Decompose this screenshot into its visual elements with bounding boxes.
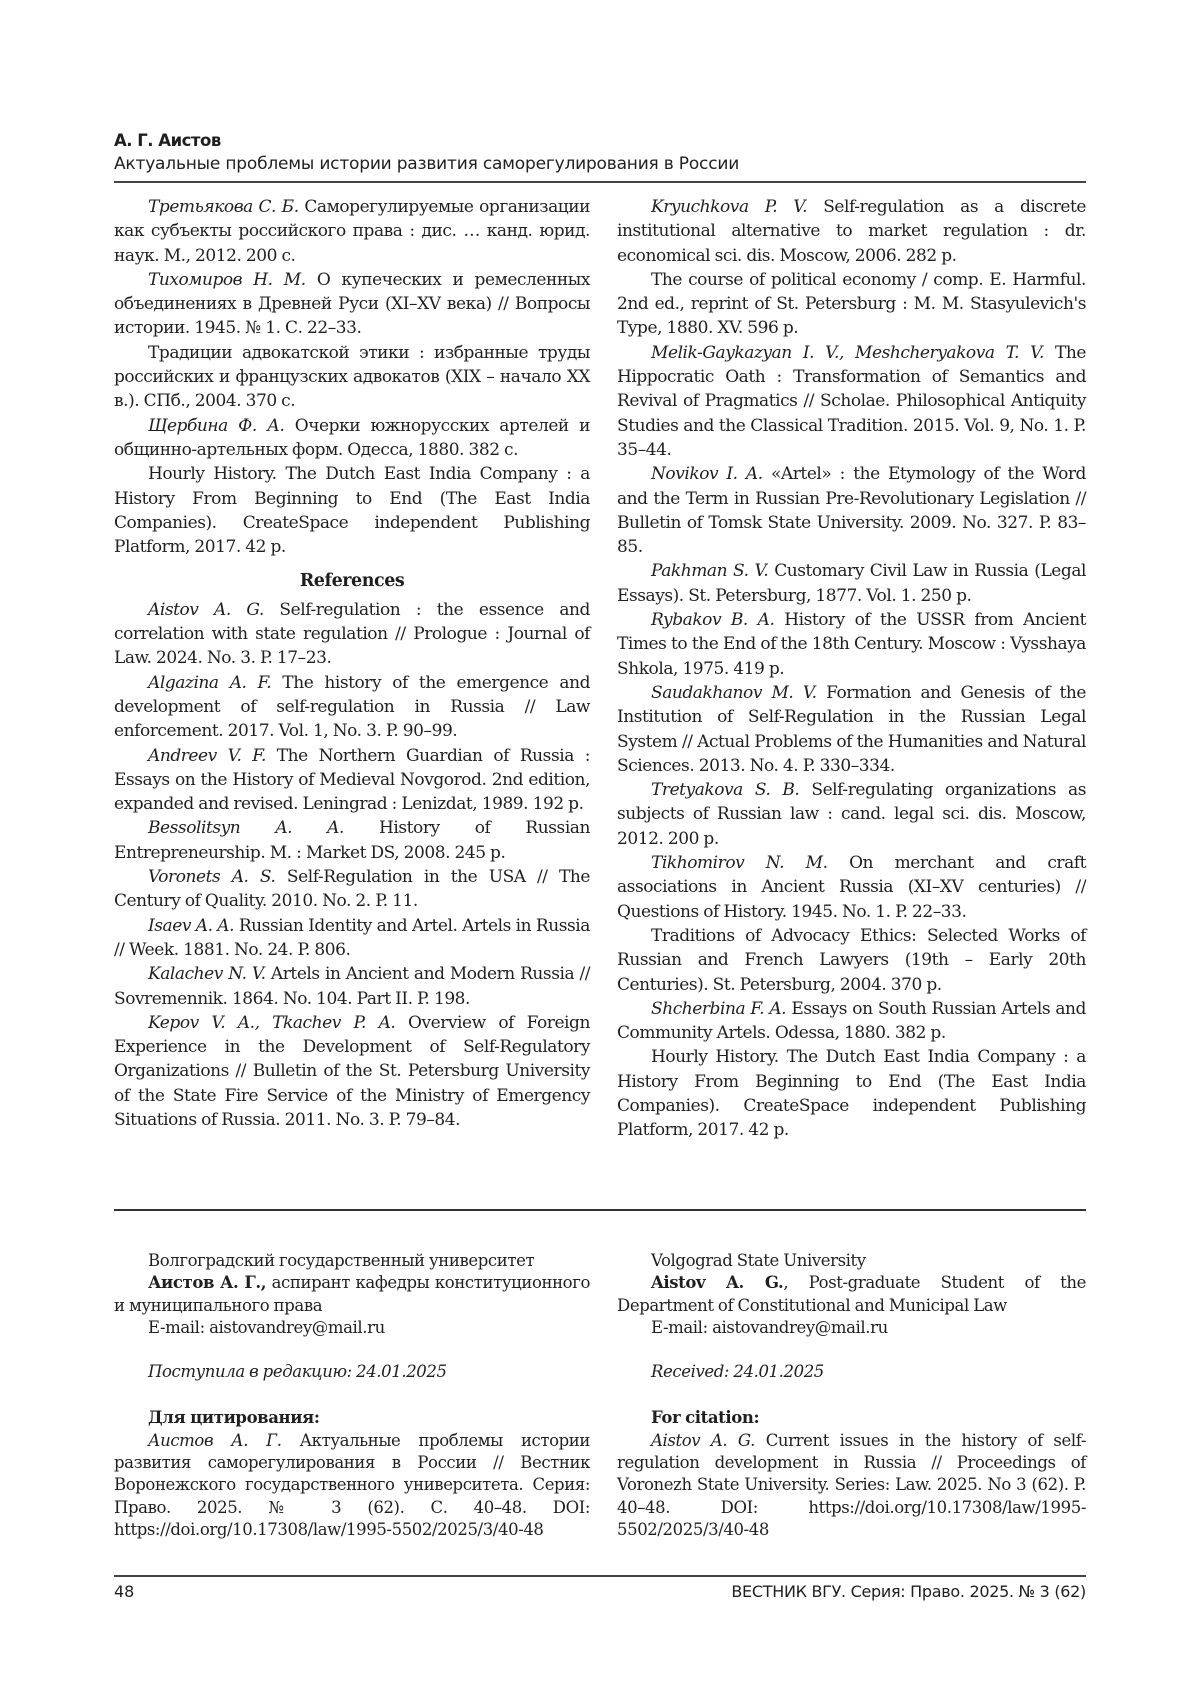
- author-info-ru: Волгоградский государственный университе…: [114, 1250, 590, 1541]
- reference-author: Kryuchkova P. V.: [651, 197, 807, 217]
- author-line: Аистов А. Г., аспирант кафедры конституц…: [114, 1272, 590, 1317]
- received-date: Received: 24.01.2025: [617, 1361, 1086, 1383]
- reference-entry: Tretyakova S. B. Self-regulating organiz…: [617, 778, 1086, 851]
- university: Volgograd State University: [617, 1250, 1086, 1272]
- reference-text: The course of political economy / comp. …: [617, 270, 1086, 339]
- reference-author: Тихомиров Н. М.: [148, 270, 306, 290]
- author-name: Aistov A. G.: [651, 1273, 783, 1292]
- citation-heading: Для цитирования:: [114, 1407, 590, 1429]
- spacer: [114, 1339, 590, 1361]
- reference-entry: Pakhman S. V. Customary Civil Law in Rus…: [617, 559, 1086, 608]
- reference-entry: Melik-Gaykazyan I. V., Meshcheryakova T.…: [617, 341, 1086, 462]
- running-title: Актуальные проблемы истории развития сам…: [114, 152, 1086, 176]
- reference-entry: Kalachev N. V. Artels in Ancient and Mod…: [114, 962, 590, 1011]
- reference-author: Shcherbina F. A.: [651, 999, 786, 1019]
- author-name: Аистов А. Г.,: [148, 1273, 266, 1292]
- citation: Aistov A. G. Current issues in the histo…: [617, 1430, 1086, 1541]
- reference-entry: Tikhomirov N. M. On merchant and craft a…: [617, 851, 1086, 924]
- reference-text: Традиции адвокатской этики : избранные т…: [114, 343, 590, 412]
- page-number: 48: [114, 1580, 134, 1604]
- footer-rule: [114, 1575, 1086, 1577]
- reference-entry: Bessolitsyn A. A. History of Russian Ent…: [114, 816, 590, 865]
- author-info-en: Volgograd State University Aistov A. G.,…: [617, 1250, 1086, 1541]
- reference-entry: Novikov I. A. «Artel» : the Etymology of…: [617, 462, 1086, 559]
- author-email: E-mail: aistovandrey@mail.ru: [114, 1317, 590, 1339]
- reference-author: Voronets A. S.: [148, 867, 275, 887]
- reference-author: Melik-Gaykazyan I. V., Meshcheryakova T.…: [651, 343, 1044, 363]
- reference-entry: Rybakov B. A. History of the USSR from A…: [617, 608, 1086, 681]
- reference-entry: The course of political economy / comp. …: [617, 268, 1086, 341]
- reference-entry: Andreev V. F. The Northern Guardian of R…: [114, 744, 590, 817]
- reference-author: Tikhomirov N. M.: [651, 853, 828, 873]
- journal-page: А. Г. Аистов Актуальные проблемы истории…: [0, 0, 1200, 1698]
- references-heading: References: [114, 569, 590, 593]
- reference-author: Algazina A. F.: [148, 673, 271, 693]
- author-email: E-mail: aistovandrey@mail.ru: [617, 1317, 1086, 1339]
- reference-author: Третьякова С. Б.: [148, 197, 299, 217]
- reference-entry: Traditions of Advocacy Ethics: Selected …: [617, 924, 1086, 997]
- spacer: [617, 1339, 1086, 1361]
- reference-entry: Щербина Ф. А. Очерки южнорусских артелей…: [114, 414, 590, 463]
- reference-entry: Hourly History. The Dutch East India Com…: [114, 462, 590, 559]
- reference-entry: Третьякова С. Б. Саморегулируемые органи…: [114, 195, 590, 268]
- spacer: [114, 1383, 590, 1407]
- reference-author: Pakhman S. V.: [651, 561, 768, 581]
- reference-text: Hourly History. The Dutch East India Com…: [617, 1047, 1086, 1140]
- reference-entry: Kepov V. A., Tkachev P. A. Overview of F…: [114, 1011, 590, 1132]
- reference-author: Isaev A. A.: [148, 916, 234, 936]
- citation-author: Aistov A. G.: [651, 1431, 755, 1450]
- received-date: Поступила в редакцию: 24.01.2025: [114, 1361, 590, 1383]
- reference-entry: Shcherbina F. A. Essays on South Russian…: [617, 997, 1086, 1046]
- reference-entry: Традиции адвокатской этики : избранные т…: [114, 341, 590, 414]
- citation-author: Аистов А. Г.: [148, 1431, 282, 1450]
- citation: Аистов А. Г. Актуальные проблемы истории…: [114, 1430, 590, 1541]
- reference-author: Щербина Ф. А.: [148, 416, 284, 436]
- reference-author: Aistov A. G.: [148, 600, 264, 620]
- reference-author: Saudakhanov M. V.: [651, 683, 817, 703]
- reference-entry: Kryuchkova P. V. Self-regulation as a di…: [617, 195, 1086, 268]
- reference-entry: Hourly History. The Dutch East India Com…: [617, 1045, 1086, 1142]
- reference-text: Hourly History. The Dutch East India Com…: [114, 464, 590, 557]
- reference-text: Traditions of Advocacy Ethics: Selected …: [617, 926, 1086, 995]
- reference-entry: Algazina A. F. The history of the emerge…: [114, 671, 590, 744]
- running-author: А. Г. Аистов: [114, 130, 1086, 152]
- left-column: Третьякова С. Б. Саморегулируемые органи…: [114, 195, 590, 1132]
- reference-author: Novikov I. A.: [651, 464, 763, 484]
- reference-entry: Saudakhanov M. V. Formation and Genesis …: [617, 681, 1086, 778]
- citation-heading: For citation:: [617, 1407, 1086, 1429]
- reference-author: Bessolitsyn A. A.: [148, 818, 344, 838]
- journal-info: ВЕСТНИК ВГУ. Серия: Право. 2025. № 3 (62…: [731, 1580, 1086, 1604]
- header-rule: [114, 181, 1086, 183]
- reference-author: Rybakov B. A.: [651, 610, 774, 630]
- reference-author: Tretyakova S. B.: [651, 780, 799, 800]
- right-column: Kryuchkova P. V. Self-regulation as a di…: [617, 195, 1086, 1143]
- reference-author: Kepov V. A., Tkachev P. A.: [148, 1013, 395, 1033]
- university: Волгоградский государственный университе…: [114, 1250, 590, 1272]
- reference-entry: Aistov A. G. Self-regulation : the essen…: [114, 598, 590, 671]
- running-header: А. Г. Аистов Актуальные проблемы истории…: [114, 130, 1086, 176]
- reference-author: Kalachev N. V.: [148, 964, 266, 984]
- spacer: [617, 1383, 1086, 1407]
- reference-author: Andreev V. F.: [148, 746, 266, 766]
- author-line: Aistov A. G., Post-graduate Student of t…: [617, 1272, 1086, 1317]
- reference-entry: Isaev A. A. Russian Identity and Artel. …: [114, 914, 590, 963]
- reference-entry: Тихомиров Н. М. О купеческих и ремесленн…: [114, 268, 590, 341]
- reference-entry: Voronets A. S. Self-Regulation in the US…: [114, 865, 590, 914]
- section-separator: [114, 1209, 1086, 1211]
